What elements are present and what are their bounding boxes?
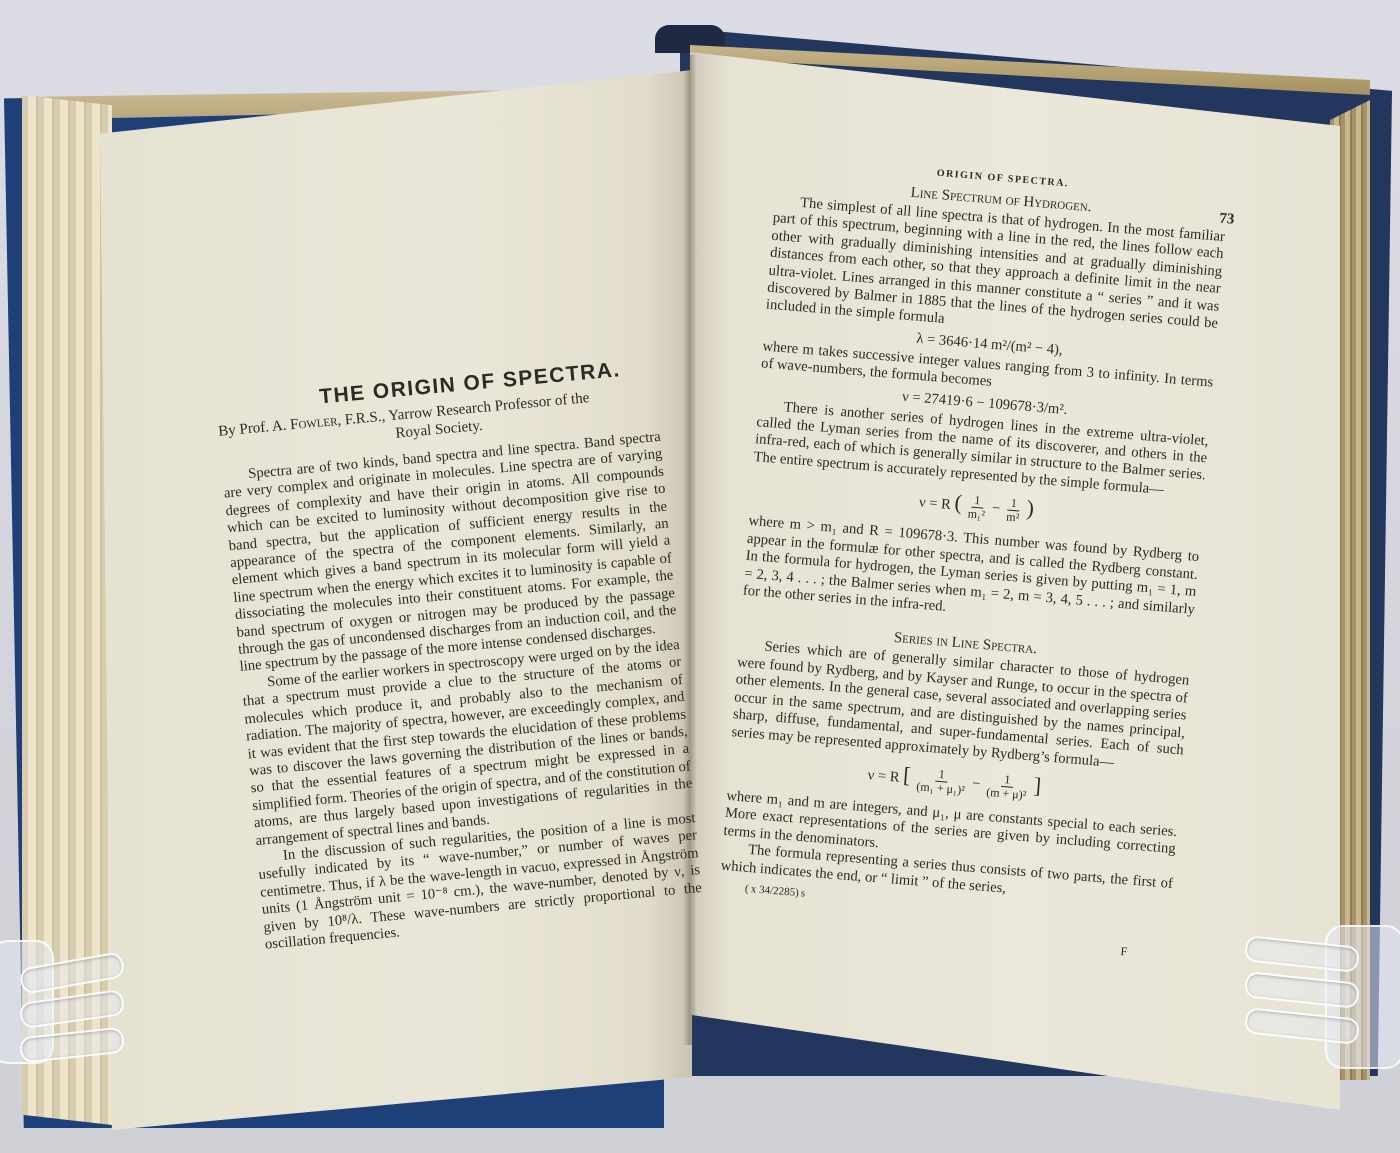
denominator: m₁² [967, 508, 985, 522]
fraction: 1(m + μ)² [986, 772, 1028, 802]
page-clip-right [1245, 925, 1400, 1075]
denominator: (m₁ + μ₁)² [916, 780, 965, 797]
formula-lhs: ν = R [867, 767, 900, 786]
denominator: (m + μ)² [986, 786, 1027, 802]
minus-sign: − [991, 501, 1000, 518]
page-clip-left [0, 930, 120, 1080]
right-page-text: ORIGIN OF SPECTRA. 73 Line Spectrum of H… [719, 155, 1229, 929]
page-number: 73 [1219, 211, 1235, 229]
fraction: 1m² [1006, 497, 1021, 525]
signature-mark: F [1120, 944, 1128, 959]
denominator: m² [1006, 511, 1020, 525]
paragraph: Spectra are of two kinds, band spectra a… [222, 429, 679, 677]
left-page-text: THE ORIGIN OF SPECTRA. By Prof. A. Fowle… [215, 355, 704, 954]
fraction: 1m₁² [967, 494, 986, 522]
photo-scene: THE ORIGIN OF SPECTRA. By Prof. A. Fowle… [0, 0, 1400, 1153]
author-name: Fowler [289, 413, 338, 433]
fraction: 1(m₁ + μ₁)² [916, 766, 967, 797]
formula-lhs: ν = R [918, 495, 951, 514]
minus-sign: − [971, 776, 980, 793]
